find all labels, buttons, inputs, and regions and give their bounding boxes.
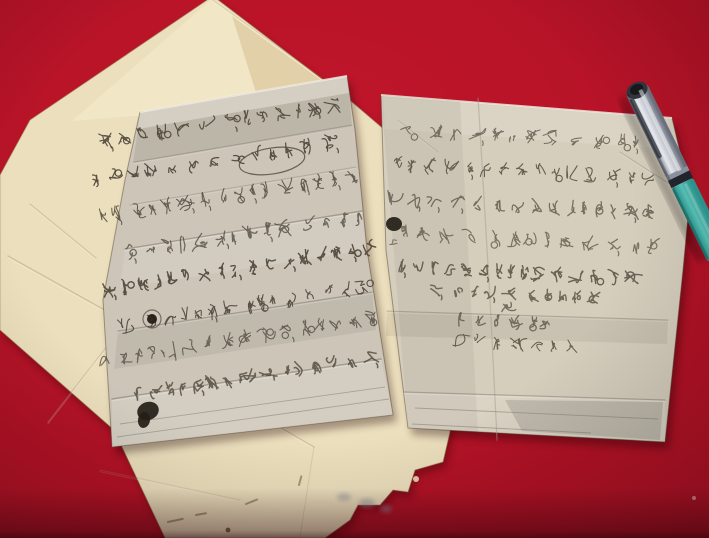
photo-red-fabric-scene: Photograph: two aged, creased sheets of … (0, 0, 709, 538)
photo-canvas (0, 0, 709, 538)
photo-vignette (0, 0, 709, 538)
